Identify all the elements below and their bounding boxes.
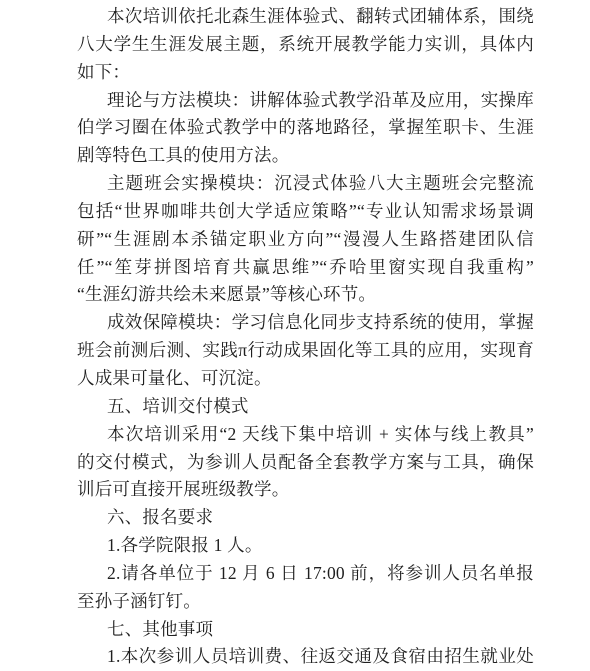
- text-line: 本次培训采用“2 天线下集中培训 + 实体与线上教具”: [77, 421, 534, 449]
- text-line: 任”“笙芽拼图培育共赢思维”“乔哈里窗实现自我重构”: [77, 254, 534, 282]
- text-line: 包括“世界咖啡共创大学适应策略”“专业认知需求场景调: [77, 198, 534, 226]
- text-line: 八大学生生涯发展主题，系统开展教学能力实训，具体内容: [77, 31, 534, 59]
- heading-line: 六、报名要求: [77, 504, 534, 532]
- text-line: 剧等特色工具的使用方法。: [77, 142, 534, 170]
- paragraph-other-items: 1.本次参训人员培训费、往返交通及食宿由招生就业处: [77, 643, 534, 671]
- heading-line: 七、其他事项: [77, 616, 534, 644]
- text-line: 训后可直接开展班级教学。: [77, 476, 534, 504]
- section-heading-7: 七、其他事项: [77, 616, 534, 644]
- text-line: 2.请各单位于 12 月 6 日 17:00 前，将参训人员名单报送: [77, 560, 534, 588]
- text-line: 1.各学院限报 1 人。: [77, 532, 534, 560]
- text-line: 成效保障模块：学习信息化同步支持系统的使用，掌握: [77, 309, 534, 337]
- text-line: 伯学习圈在体验式教学中的落地路径，掌握笙职卡、生涯默: [77, 114, 534, 142]
- text-line: “生涯幻游共绘未来愿景”等核心环节。: [77, 281, 534, 309]
- paragraph-registration-deadline: 2.请各单位于 12 月 6 日 17:00 前，将参训人员名单报送 至孙子涵钉…: [77, 560, 534, 616]
- text-line: 本次培训依托北森生涯体验式、翻转式团辅体系，围绕: [77, 3, 534, 31]
- paragraph-effect-module: 成效保障模块：学习信息化同步支持系统的使用，掌握 班会前测后测、实践π行动成果固…: [77, 309, 534, 393]
- text-line: 理论与方法模块：讲解体验式教学沿革及应用，实操库: [77, 87, 534, 115]
- text-line: 研”“生涯剧本杀锚定职业方向”“漫漫人生路搭建团队信: [77, 226, 534, 254]
- document-page: 本次培训依托北森生涯体验式、翻转式团辅体系，围绕 八大学生生涯发展主题，系统开展…: [0, 0, 590, 671]
- paragraph-intro: 本次培训依托北森生涯体验式、翻转式团辅体系，围绕 八大学生生涯发展主题，系统开展…: [77, 3, 534, 87]
- text-line: 至孙子涵钉钉。: [77, 588, 534, 616]
- heading-line: 五、培训交付模式: [77, 393, 534, 421]
- section-heading-6: 六、报名要求: [77, 504, 534, 532]
- text-line: 的交付模式，为参训人员配备全套教学方案与工具，确保培: [77, 449, 534, 477]
- text-line: 班会前测后测、实践π行动成果固化等工具的应用，实现育: [77, 337, 534, 365]
- text-line: 主题班会实操模块：沉浸式体验八大主题班会完整流程，: [77, 170, 534, 198]
- paragraph-theory-module: 理论与方法模块：讲解体验式教学沿革及应用，实操库 伯学习圈在体验式教学中的落地路…: [77, 87, 534, 171]
- text-line: 1.本次参训人员培训费、往返交通及食宿由招生就业处: [77, 643, 534, 671]
- paragraph-delivery-mode: 本次培训采用“2 天线下集中培训 + 实体与线上教具” 的交付模式，为参训人员配…: [77, 421, 534, 505]
- paragraph-class-meeting-module: 主题班会实操模块：沉浸式体验八大主题班会完整流程， 包括“世界咖啡共创大学适应策…: [77, 170, 534, 309]
- paragraph-registration-limit: 1.各学院限报 1 人。: [77, 532, 534, 560]
- text-line: 如下：: [77, 59, 534, 87]
- text-line: 人成果可量化、可沉淀。: [77, 365, 534, 393]
- section-heading-5: 五、培训交付模式: [77, 393, 534, 421]
